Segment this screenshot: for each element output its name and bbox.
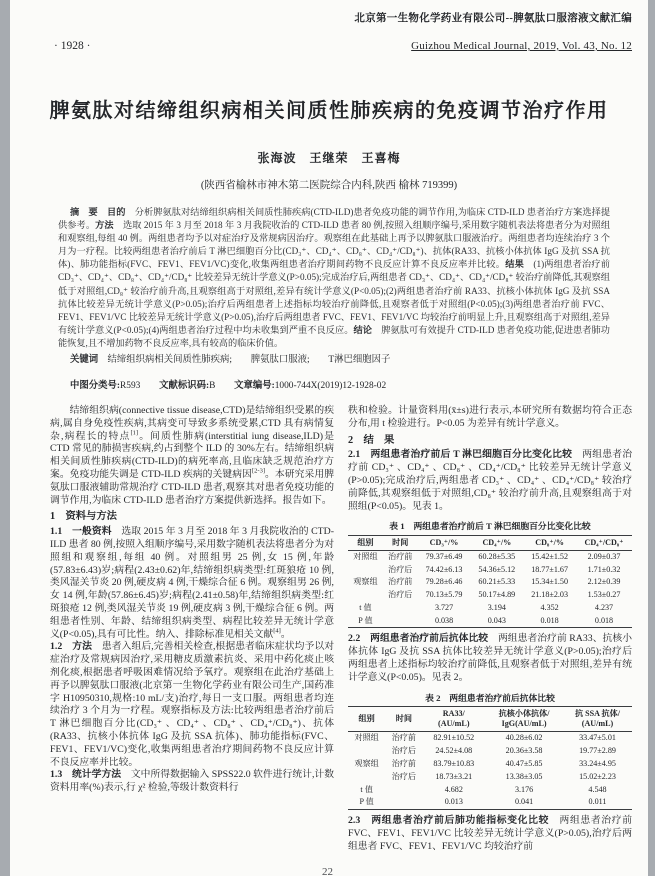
classification-line: 中图分类号:R593 文献标识码:B 文章编号:1000-744X(2019)1… <box>70 377 610 391</box>
authors-line: 张海波 王继荣 王喜梅 <box>10 149 648 166</box>
compilation-header-note: 北京第一生物化学药业有限公司--脾氨肽口服溶液文献汇编 <box>10 10 648 25</box>
affiliation-line: (陕西省榆林市神木第二医院综合内科,陕西 榆林 719399) <box>10 177 648 192</box>
scanned-paper-page: { "header": { "compilation_note": "北京第一生… <box>0 0 655 876</box>
paragraph-2-2: 2.2 两组患者治疗前后抗体比较 两组患者治疗前 RA33、抗核小体抗体 IgG… <box>348 633 632 684</box>
paragraph-2-1: 2.1 两组患者治疗前后 T 淋巴细胞百分比变化比较 两组患者治疗前 CD₃⁺ … <box>348 449 632 513</box>
keywords-line: 关键词 结缔组织病相关间质性肺疾病; 脾氨肽口服液; T淋巴细胞因子 <box>70 354 610 367</box>
paragraph-1-2: 1.2 方法 患者入组后,完善相关检查,根据患者临床症状均予以对症治疗及常规病因… <box>50 641 334 769</box>
table1-caption: 表 1 两组患者治疗前后 T 淋巴细胞百分比变化比较 <box>348 520 632 533</box>
continuation-paragraph: 秩和检验。计量资料用(x̄±s)进行表示,本研究所有数据均符合正态分布,用 t … <box>348 405 632 431</box>
paper-title: 脾氨肽对结缔组织病相关间质性肺疾病的免疫调节治疗作用 <box>10 94 648 123</box>
journal-citation: Guizhou Medical Journal, 2019, Vol. 43, … <box>411 40 632 52</box>
table1-lymphocyte-comparison: 组别时间CD₃⁺/%CD₄⁺/%CD₈⁺/%CD₄⁺/CD₈⁺对照组治疗前79.… <box>348 535 632 628</box>
footer-page-number: 22 <box>322 866 333 876</box>
page-meta-row: · 1928 · Guizhou Medical Journal, 2019, … <box>10 40 648 52</box>
table2-caption: 表 2 两组患者治疗前后抗体比较 <box>348 692 632 705</box>
intro-paragraph: 结缔组织病(connective tissue disease,CTD)是结缔组… <box>50 405 334 507</box>
printed-page-number: · 1928 · <box>54 40 90 52</box>
paragraph-1-1: 1.1 一般资料 选取 2015 年 3 月至 2018 年 3 月我院收治的 … <box>50 526 334 641</box>
two-column-body: 结缔组织病(connective tissue disease,CTD)是结缔组… <box>10 391 648 854</box>
paragraph-2-3: 2.3 两组患者治疗前后肺功能指标变化比较 两组患者治疗前 FVC、FEV1、F… <box>348 815 632 853</box>
table2-antibody-comparison: 组别时间RA33/ (AU/mL)抗核小体抗体/ IgG(AU/mL)抗 SSA… <box>348 706 632 810</box>
section1-heading: 1 资料与方法 <box>50 511 334 524</box>
paper-page: 北京第一生物化学药业有限公司--脾氨肽口服溶液文献汇编 · 1928 · Gui… <box>10 0 648 876</box>
abstract-paragraph: 摘 要 目的 分析脾氨肽对结缔组织病相关间质性肺疾病(CTD-ILD)患者免疫功… <box>58 206 610 350</box>
section2-heading: 2 结 果 <box>348 435 632 448</box>
paragraph-1-3: 1.3 统计学方法 文中所得数据输入 SPSS22.0 软件进行统计,计数资料用… <box>50 769 334 795</box>
right-column: 秩和检验。计量资料用(x̄±s)进行表示,本研究所有数据均符合正态分布,用 t … <box>348 405 632 854</box>
left-column: 结缔组织病(connective tissue disease,CTD)是结缔组… <box>50 405 334 854</box>
